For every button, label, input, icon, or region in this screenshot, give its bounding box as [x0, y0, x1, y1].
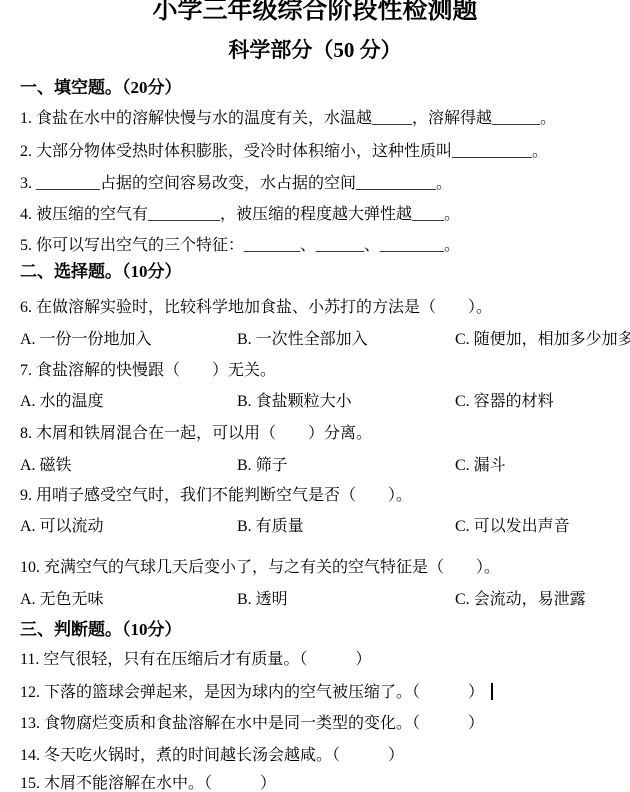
question-1: 1. 食盐在水中的溶解快慢与水的温度有关，水温越_____，溶解得越______…	[20, 109, 556, 129]
question-10-option-c: C. 会流动，易泄露	[455, 590, 586, 610]
question-3: 3. ________占据的空间容易改变，水占据的空间__________。	[20, 174, 452, 194]
question-8-option-a: A. 磁铁	[20, 456, 72, 476]
section-heading-fill-in-blanks: 一、填空题。（20分）	[20, 78, 182, 98]
document-title: 小学三年级综合阶段性检测题	[0, 1, 630, 21]
question-6: 6. 在做溶解实验时，比较科学地加食盐、小苏打的方法是（ ）。	[20, 298, 492, 318]
question-8-options: A. 磁铁 B. 筛子 C. 漏斗	[0, 456, 630, 476]
question-10-option-a: A. 无色无味	[20, 590, 104, 610]
question-6-option-a: A. 一份一份地加入	[20, 330, 152, 350]
question-7-option-b: B. 食盐颗粒大小	[237, 392, 352, 412]
question-15: 15. 木屑不能溶解在水中。（ ）	[20, 774, 276, 792]
document-subtitle: 科学部分（50 分）	[0, 40, 630, 60]
question-10: 10. 充满空气的气球几天后变小了，与之有关的空气特征是（ ）。	[20, 558, 500, 578]
question-6-option-c: C. 随便加，相加多少加多少	[455, 330, 630, 350]
question-2: 2. 大部分物体受热时体积膨胀，受冷时体积缩小，这种性质叫__________。	[20, 142, 548, 162]
question-7-option-a: A. 水的温度	[20, 392, 104, 412]
question-12-text: 12. 下落的篮球会弹起来，是因为球内的空气被压缩了。（ ）	[20, 684, 484, 701]
question-9: 9. 用哨子感受空气时，我们不能判断空气是否（ ）。	[20, 486, 412, 506]
section-heading-true-false: 三、判断题。（10分）	[20, 620, 182, 640]
question-13: 13. 食物腐烂变质和食盐溶解在水中是同一类型的变化。（ ）	[20, 714, 484, 734]
question-10-options: A. 无色无味 B. 透明 C. 会流动，易泄露	[0, 590, 630, 610]
question-12: 12. 下落的篮球会弹起来，是因为球内的空气被压缩了。（ ）	[20, 683, 493, 703]
text-cursor	[491, 683, 493, 700]
question-11: 11. 空气很轻，只有在压缩后才有质量。（ ）	[20, 650, 371, 670]
question-4: 4. 被压缩的空气有_________，被压缩的程度越大弹性越____。	[20, 205, 460, 225]
section-heading-multiple-choice: 二、选择题。（10分）	[20, 262, 182, 282]
question-7-option-c: C. 容器的材料	[455, 392, 554, 412]
question-9-option-b: B. 有质量	[237, 517, 304, 537]
question-9-options: A. 可以流动 B. 有质量 C. 可以发出声音	[0, 517, 630, 537]
question-9-option-a: A. 可以流动	[20, 517, 104, 537]
question-8-option-c: C. 漏斗	[455, 456, 506, 476]
question-10-option-b: B. 透明	[237, 590, 288, 610]
question-7-options: A. 水的温度 B. 食盐颗粒大小 C. 容器的材料	[0, 392, 630, 412]
question-6-options: A. 一份一份地加入 B. 一次性全部加入 C. 随便加，相加多少加多少	[0, 330, 630, 350]
question-7: 7. 食盐溶解的快慢跟（ ）无关。	[20, 361, 276, 381]
test-document[interactable]: 小学三年级综合阶段性检测题 科学部分（50 分） 一、填空题。（20分） 1. …	[0, 0, 630, 792]
question-8-option-b: B. 筛子	[237, 456, 288, 476]
question-6-option-b: B. 一次性全部加入	[237, 330, 368, 350]
question-9-option-c: C. 可以发出声音	[455, 517, 570, 537]
question-14: 14. 冬天吃火锅时，煮的时间越长汤会越咸。（ ）	[20, 746, 404, 766]
question-5: 5. 你可以写出空气的三个特征：_______、______、________。	[20, 236, 460, 256]
question-8: 8. 木屑和铁屑混合在一起，可以用（ ）分离。	[20, 424, 372, 444]
